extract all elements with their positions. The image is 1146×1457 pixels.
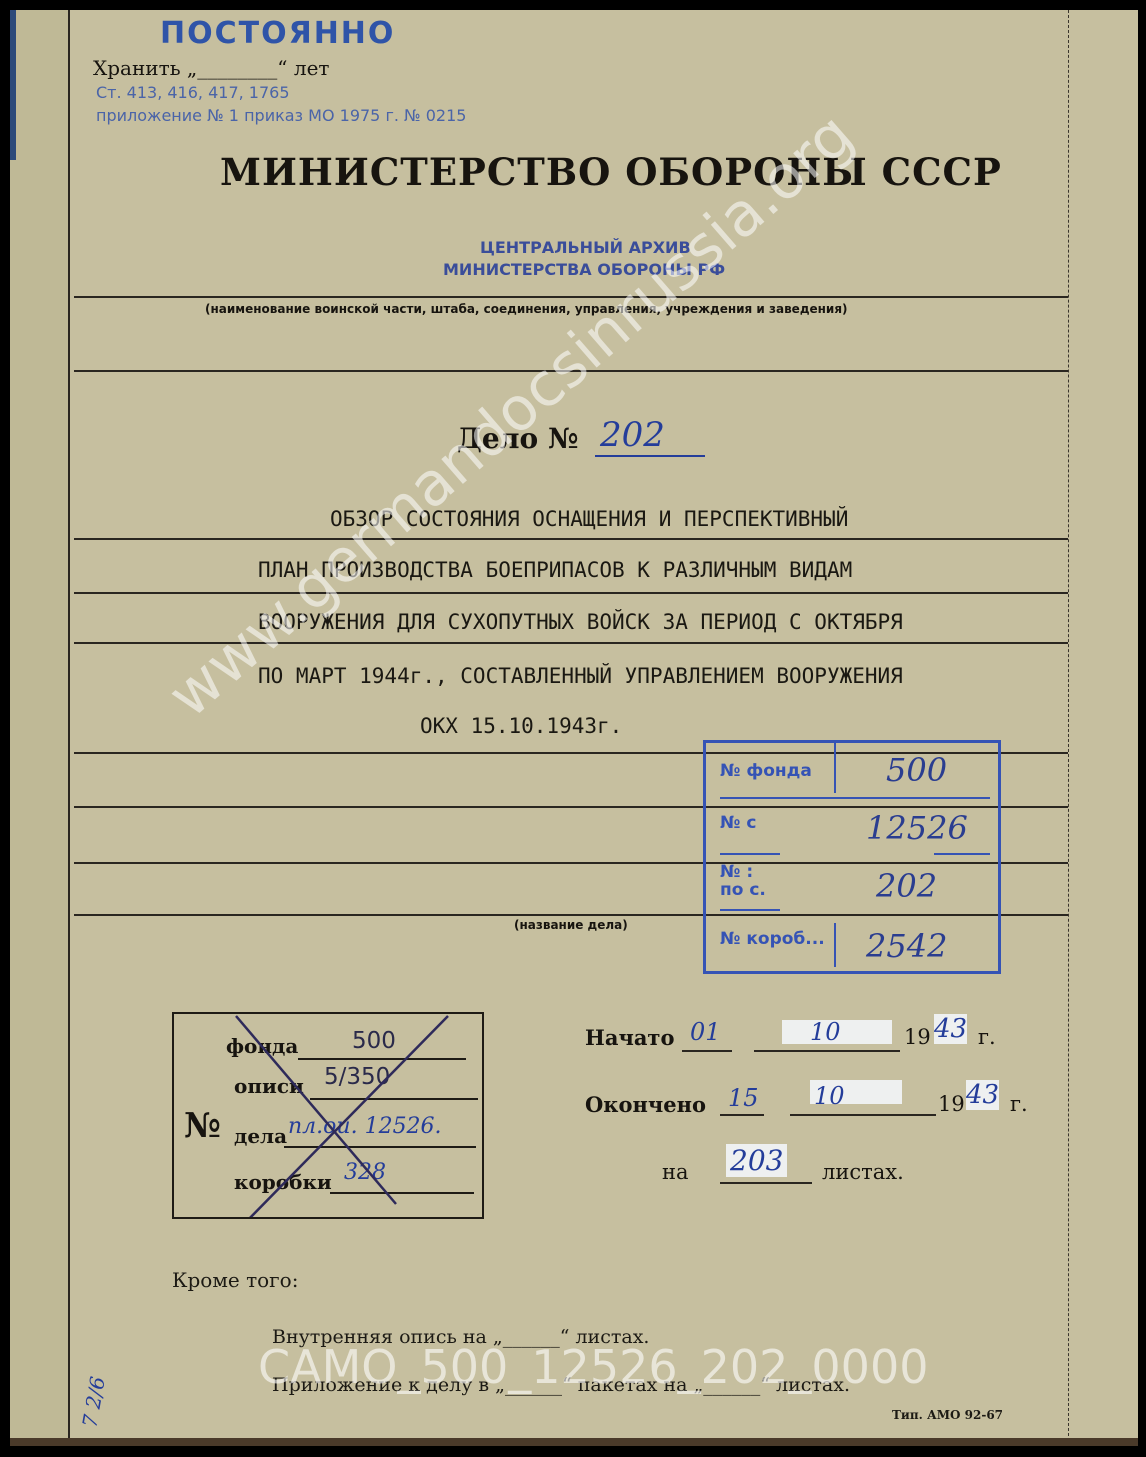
box-label: № короб... <box>720 929 825 949</box>
delo-value: 202 <box>876 867 937 905</box>
started-month: 10 <box>810 1018 841 1046</box>
fond-label: № фонда <box>720 761 812 781</box>
ended-month: 10 <box>814 1082 845 1110</box>
retention-stamp: ПОСТОЯННО <box>160 16 395 51</box>
started-label: Начато <box>585 1025 674 1050</box>
old-reference-box: фонда 500 описи 5/350 № дела пл.ои. 1252… <box>172 1012 484 1219</box>
underline <box>720 909 780 911</box>
underline <box>934 853 990 855</box>
left-margin-band <box>10 10 68 1446</box>
blue-edge-strip <box>10 10 16 160</box>
binding-line <box>68 10 70 1446</box>
bottom-edge <box>10 1438 1138 1446</box>
underline <box>682 1050 732 1052</box>
unit-caption: (наименование воинской части, штаба, сое… <box>205 302 848 316</box>
sheets-prefix: на <box>662 1160 689 1184</box>
box-value: 2542 <box>866 927 947 965</box>
archive-case-cover: ПОСТОЯННО Хранить „________“ лет Ст. 413… <box>10 10 1138 1446</box>
right-margin-line <box>1068 10 1070 1446</box>
underline <box>754 1050 900 1052</box>
ministry-title: МИНИСТЕРСТВО ОБОРОНЫ СССР <box>220 150 1002 194</box>
ended-year-suffix: г. <box>1010 1092 1028 1116</box>
underline <box>720 853 780 855</box>
ended-year: 43 <box>966 1080 999 1110</box>
case-name-caption: (название дела) <box>514 918 628 932</box>
cross-out-mark <box>174 1014 482 1217</box>
opis-value: 12526 <box>866 809 968 847</box>
opis-label: № с <box>720 813 756 833</box>
divider <box>74 296 1068 298</box>
started-year: 43 <box>934 1014 967 1044</box>
ended-year-prefix: 19 <box>938 1092 965 1116</box>
keep-years-label: Хранить „________“ лет <box>93 56 329 80</box>
margin-note: 7 2/6 <box>77 1375 110 1430</box>
case-title-line-5: ОКХ 15.10.1943г. <box>420 714 622 738</box>
started-year-prefix: 19 <box>904 1025 931 1049</box>
started-year-suffix: г. <box>978 1025 996 1049</box>
site-watermark: www.germandocsinrussia.org <box>155 100 867 732</box>
case-number: 202 <box>600 415 665 455</box>
underline <box>720 797 990 799</box>
case-title-line-3: ВООРУЖЕНИЯ ДЛЯ СУХОПУТНЫХ ВОЙСК ЗА ПЕРИО… <box>258 610 903 634</box>
order-ref: приложение № 1 приказ МО 1975 г. № 0215 <box>96 106 466 125</box>
besides-label: Кроме того: <box>172 1268 298 1292</box>
fond-value: 500 <box>886 751 947 789</box>
column-divider <box>834 923 836 967</box>
sheets-count: 203 <box>726 1144 787 1177</box>
archive-code-watermark: CAMO_500_12526_202_0000 <box>258 1340 928 1394</box>
underline <box>720 1182 812 1184</box>
underline <box>720 1114 764 1116</box>
archive-registration-stamp: № фонда 500 № с 12526 № : по с. 202 № ко… <box>703 740 1001 974</box>
ended-day: 15 <box>728 1084 759 1112</box>
ended-label: Окончено <box>585 1092 706 1117</box>
case-number-underline <box>595 455 705 457</box>
underline <box>790 1114 936 1116</box>
divider <box>74 592 1068 594</box>
case-title-line-4: ПО МАРТ 1944г., СОСТАВЛЕННЫЙ УПРАВЛЕНИЕМ… <box>258 664 903 688</box>
divider <box>74 538 1068 540</box>
column-divider <box>834 743 836 793</box>
print-ref: Тип. АМО 92-67 <box>892 1408 1003 1422</box>
articles-ref: Ст. 413, 416, 417, 1765 <box>96 83 290 102</box>
delo-label: № : по с. <box>720 863 780 899</box>
sheets-label: листах. <box>822 1160 904 1184</box>
started-day: 01 <box>690 1018 721 1046</box>
